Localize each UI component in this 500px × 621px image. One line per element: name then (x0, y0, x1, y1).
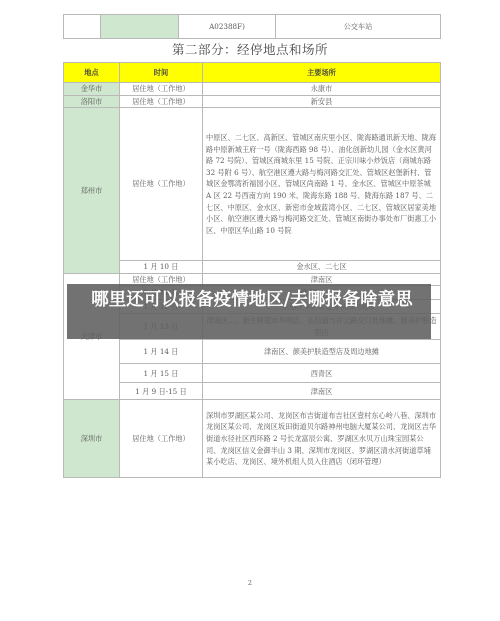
table-row: 金华市 居住地（工作地） 永康市 (64, 83, 441, 96)
top-table: A02388F) 公交车站 (63, 14, 441, 39)
table-row: 1 月 14 日 津南区、颜美护肤造型店及周边地摊 (64, 340, 441, 364)
time-cell: 1 月 9 日-15 日 (120, 383, 203, 400)
city-cell: 洛阳市 (64, 95, 120, 108)
table-row: 深圳市 居住地（工作地） 深圳市罗湖区某公司、龙岗区布吉街道布吉社区壹村东心岭八… (64, 400, 441, 478)
city-cell: 金华市 (64, 83, 120, 96)
table-row: 郑州市 居住地（工作地） 中原区、二七区、高新区、管城区南庆里小区、陇海路通讯新… (64, 108, 441, 261)
places-cell: 津南区 (203, 383, 441, 400)
table-row: 1 月 15 日 西青区 (64, 364, 441, 383)
time-cell: 居住地（工作地） (120, 95, 203, 108)
cell: A02388F) (179, 15, 276, 39)
headline-text: 哪里还可以报备疫情地区/去哪报备啥意思 (67, 287, 437, 313)
places-cell: 金水区、二七区 (203, 261, 441, 274)
time-cell: 居住地（工作地） (120, 108, 203, 261)
time-cell: 1 月 15 日 (120, 364, 203, 383)
time-cell: 1 月 14 日 (120, 340, 203, 364)
header-place: 地点 (64, 63, 120, 83)
cell (64, 15, 101, 39)
page-number: 2 (0, 579, 500, 587)
header-time: 时间 (120, 63, 203, 83)
places-cell: 津南区、颜美护肤造型店及周边地摊 (203, 340, 441, 364)
table-row: 1 月 10 日 金水区、二七区 (64, 261, 441, 274)
section-title: 第二部分：经停地点和场所 (0, 40, 500, 58)
places-cell: 永康市 (203, 83, 441, 96)
stops-table: 地点 时间 主要场所 金华市 居住地（工作地） 永康市 洛阳市 居住地（工作地）… (63, 62, 441, 478)
table-row: 1 月 9 日-15 日 津南区 (64, 383, 441, 400)
header-locations: 主要场所 (203, 63, 441, 83)
places-cell: 深圳市罗湖区某公司、龙岗区布吉街道布吉社区壹村东心岭八巷、深圳市龙岗区某公司、龙… (203, 400, 441, 478)
cell (101, 15, 179, 39)
table-row: A02388F) 公交车站 (64, 15, 441, 39)
places-cell: 中原区、二七区、高新区、管城区南庆里小区、陇海路通讯新天地、陇海路中原新城王府一… (203, 108, 441, 261)
city-cell: 郑州市 (64, 108, 120, 274)
time-cell: 居住地（工作地） (120, 400, 203, 478)
table-header-row: 地点 时间 主要场所 (64, 63, 441, 83)
time-cell: 居住地（工作地） (120, 83, 203, 96)
table-row: 洛阳市 居住地（工作地） 新安县 (64, 95, 441, 108)
places-cell: 新安县 (203, 95, 441, 108)
document-page: A02388F) 公交车站 第二部分：经停地点和场所 地点 时间 主要场所 金华… (0, 0, 500, 621)
city-cell: 深圳市 (64, 400, 120, 478)
places-cell: 西青区 (203, 364, 441, 383)
cell: 公交车站 (276, 15, 441, 39)
time-cell: 1 月 10 日 (120, 261, 203, 274)
